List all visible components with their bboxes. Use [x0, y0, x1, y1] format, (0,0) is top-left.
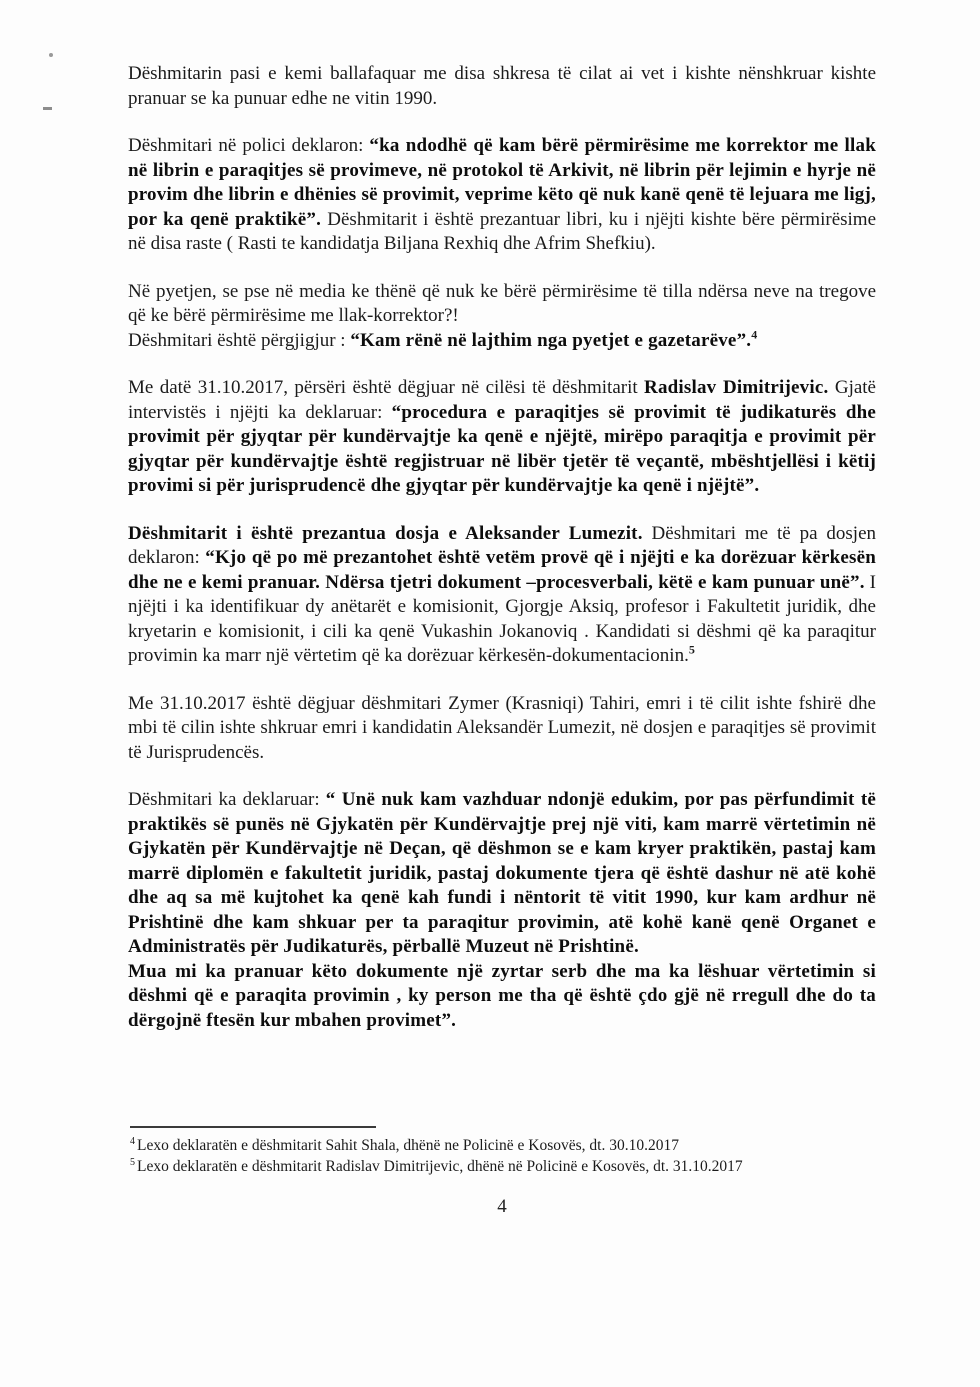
text-segment: Me datë 31.10.2017, përsëri është dëgjua… [128, 377, 644, 398]
paragraph-dimitrijevic-hearing: Me datë 31.10.2017, përsëri është dëgjua… [128, 376, 876, 499]
witness-name: Radislav Dimitrijevic. [644, 377, 828, 398]
scan-artifact-dot [49, 53, 53, 57]
quoted-testimony-continued: Mua mi ka pranuar këto dokumente një zyr… [128, 961, 876, 1031]
paragraph-confrontation: Dëshmitarin pasi e kemi ballafaquar me d… [128, 62, 876, 111]
scanned-document-page: Dëshmitarin pasi e kemi ballafaquar me d… [0, 0, 980, 1387]
bold-lead-sentence: Dëshmitarit i është prezantua dosja e Al… [128, 523, 643, 544]
footnote-separator-rule [130, 1126, 376, 1128]
paragraph-police-statement: Dëshmitari në polici deklaron: “ka ndodh… [128, 134, 876, 257]
scan-artifact-dash [43, 107, 52, 110]
footnote-reference-5: 5 [689, 643, 695, 657]
text-segment: Dëshmitarin pasi e kemi ballafaquar me d… [128, 63, 876, 109]
text-segment: Në pyetjen, se pse në media ke thënë që … [128, 281, 876, 327]
page-number: 4 [128, 1196, 876, 1218]
text-segment: Me 31.10.2017 është dëgjuar dëshmitari Z… [128, 693, 876, 763]
footnote-text: Lexo deklaratën e dëshmitarit Sahit Shal… [137, 1137, 679, 1154]
paragraph-lumezi-file: Dëshmitarit i është prezantua dosja e Al… [128, 522, 876, 669]
footnote-marker: 4 [130, 1136, 135, 1147]
quoted-answer: “Kam rënë në lajthim nga pyetjet e gazet… [350, 330, 751, 351]
document-body: Dëshmitarin pasi e kemi ballafaquar me d… [128, 62, 876, 1056]
footnote-5: 5Lexo deklaratën e dëshmitarit Radislav … [130, 1156, 878, 1177]
footnote-text: Lexo deklaratën e dëshmitarit Radislav D… [137, 1158, 743, 1175]
footnote-reference-4: 4 [751, 327, 757, 341]
text-segment: Dëshmitari ka deklaruar: [128, 789, 326, 810]
text-segment: Dëshmitari është përgjigjur : [128, 330, 350, 351]
footnotes-section: 4Lexo deklaratën e dëshmitarit Sahit Sha… [130, 1126, 878, 1177]
footnote-4: 4Lexo deklaratën e dëshmitarit Sahit Sha… [130, 1135, 878, 1156]
quoted-testimony: “ Unë nuk kam vazhduar ndonjë edukim, po… [128, 789, 876, 957]
text-segment: Dëshmitari në polici deklaron: [128, 135, 369, 156]
paragraph-media-question: Në pyetjen, se pse në media ke thënë që … [128, 280, 876, 354]
paragraph-tahiri-hearing: Me 31.10.2017 është dëgjuar dëshmitari Z… [128, 692, 876, 766]
quoted-testimony: “Kjo që po më prezantohet është vetëm pr… [128, 547, 876, 593]
footnote-marker: 5 [130, 1157, 135, 1168]
paragraph-witness-declaration: Dëshmitari ka deklaruar: “ Unë nuk kam v… [128, 788, 876, 1033]
